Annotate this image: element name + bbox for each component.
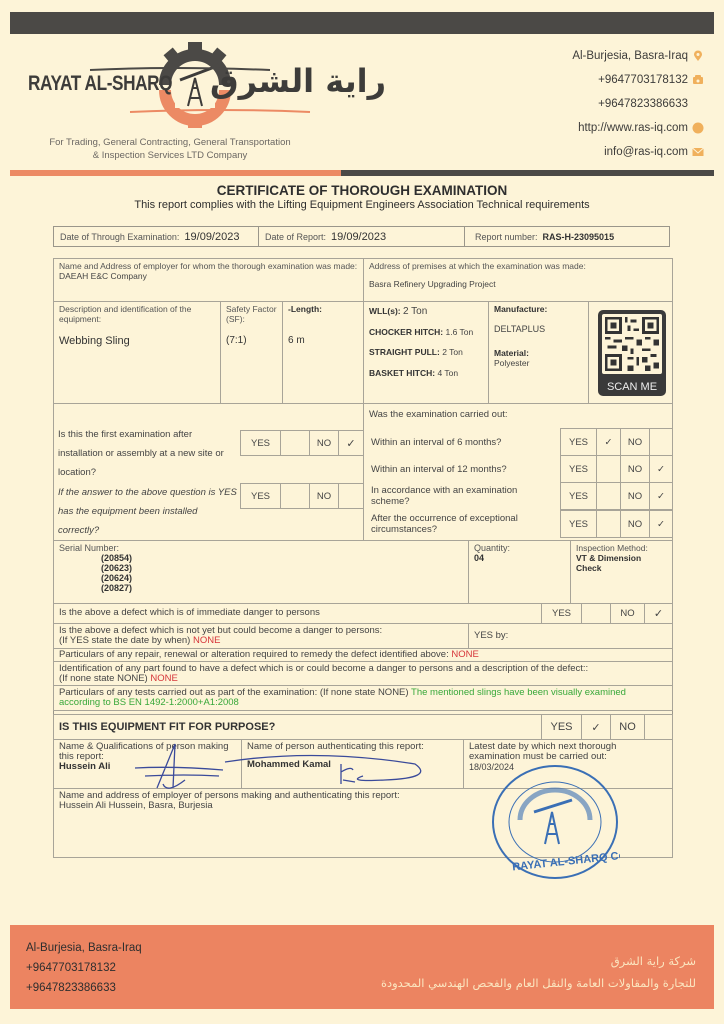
carried-out-yes-checkbox[interactable]	[596, 482, 621, 510]
report-number-field: Report number: RAS-H-23095015	[465, 227, 669, 246]
carried-out-no-checkbox[interactable]: ✓	[649, 510, 673, 538]
carried-out-no-label[interactable]: NO	[620, 510, 650, 538]
company-tagline: For Trading, General Contracting, Genera…	[0, 136, 340, 162]
contact-email[interactable]: info@ras-iq.com	[572, 140, 704, 164]
fit-for-purpose-yes-checkbox[interactable]: ✓	[581, 714, 611, 740]
certificate-title: CERTIFICATE OF THOROUGH EXAMINATION	[0, 183, 724, 198]
immediate-danger-yes[interactable]: YES	[541, 603, 582, 624]
installed-no[interactable]: NO	[309, 483, 339, 509]
globe-icon	[692, 122, 704, 134]
serial-number-item: (20624)	[101, 573, 463, 583]
footer-arabic-line-2: للتجارة والمقاولات العامة والنقل العام و…	[381, 972, 696, 994]
footer-phone-1[interactable]: +9647703178132	[26, 958, 142, 978]
carried-out-question: Within an interval of 12 months?	[371, 458, 551, 480]
installed-yes[interactable]: YES	[240, 483, 281, 509]
location-pin-icon	[692, 50, 704, 62]
exam-date-field: Date of Through Examination: 19/09/2023	[54, 227, 259, 246]
fit-for-purpose-no[interactable]: NO	[610, 714, 645, 740]
carried-out-yes-label[interactable]: YES	[560, 482, 597, 510]
wll-cell: WLL(s): 2 Ton CHOCKER HITCH: 1.6 Ton STR…	[363, 301, 489, 404]
carried-out-no-label[interactable]: NO	[620, 455, 650, 483]
first-exam-yes[interactable]: YES	[240, 430, 281, 456]
identification-cell: Identification of any part found to have…	[53, 661, 673, 686]
qr-code-icon	[602, 314, 662, 374]
qr-code[interactable]: SCAN ME	[598, 310, 666, 396]
header-top-bar	[10, 12, 714, 34]
equipment-description-cell: Description and identification of the eq…	[53, 301, 221, 404]
date-bar: Date of Through Examination: 19/09/2023 …	[53, 226, 670, 247]
serial-number-item: (20827)	[101, 583, 463, 593]
serial-cell: Serial Number: (20854)(20623)(20624)(208…	[53, 540, 469, 604]
carried-out-no-checkbox[interactable]: ✓	[649, 455, 673, 483]
certificate-subtitle: This report complies with the Lifting Eq…	[0, 199, 724, 211]
carried-out-yes-checkbox[interactable]: ✓	[596, 428, 621, 456]
yes-by-cell: YES by:	[468, 623, 673, 649]
carried-out-yes-checkbox[interactable]	[596, 455, 621, 483]
carried-out-yes-checkbox[interactable]	[596, 510, 621, 538]
header-divider-dark	[341, 170, 714, 176]
carried-out-question: After the occurrence of exceptional circ…	[371, 513, 551, 535]
header-divider-orange	[10, 170, 341, 176]
footer-arabic-line-1: شركة راية الشرق	[381, 950, 696, 972]
first-exam-yes-box[interactable]	[280, 430, 310, 456]
immediate-danger-no[interactable]: NO	[610, 603, 645, 624]
carried-out-no-label[interactable]: NO	[620, 428, 650, 456]
footer-phone-2[interactable]: +9647823386633	[26, 978, 142, 998]
contact-website[interactable]: http://www.ras-iq.com	[572, 116, 704, 140]
phone-icon	[692, 74, 704, 86]
immediate-danger-yes-box[interactable]	[581, 603, 611, 624]
first-exam-no[interactable]: NO	[309, 430, 339, 456]
fit-for-purpose-yes[interactable]: YES	[541, 714, 582, 740]
contact-address: Al-Burjesia, Basra-Iraq	[572, 44, 704, 68]
carried-out-question: Within an interval of 6 months?	[371, 431, 551, 453]
contact-phone-1[interactable]: +9647703178132	[572, 68, 704, 92]
serial-number-item: (20854)	[101, 553, 463, 563]
employer-cell: Name and Address of employer for whom th…	[53, 258, 364, 302]
tests-cell: Particulars of any tests carried out as …	[53, 685, 673, 711]
inspection-method-cell: Inspection Method: VT & Dimension Check	[570, 540, 673, 604]
carried-out-no-checkbox[interactable]: ✓	[649, 482, 673, 510]
serial-number-list: (20854)(20623)(20624)(20827)	[59, 553, 463, 593]
scan-me-label: SCAN ME	[598, 381, 666, 393]
tagline-line-1: For Trading, General Contracting, Genera…	[0, 136, 340, 149]
installed-yes-box[interactable]	[280, 483, 310, 509]
tagline-line-2: & Inspection Services LTD Company	[0, 149, 340, 162]
brand-name-english: RAYAT AL-SHARQ	[28, 72, 172, 96]
brand-name-arabic: راية الشرق	[210, 62, 386, 100]
future-danger-cell: Is the above a defect which is not yet b…	[53, 623, 469, 649]
quantity-cell: Quantity: 04	[468, 540, 571, 604]
footer-address: Al-Burjesia, Basra-Iraq	[26, 938, 142, 958]
carried-out-yes-label[interactable]: YES	[560, 428, 597, 456]
first-exam-no-checkbox[interactable]: ✓	[338, 430, 364, 456]
company-stamp-icon: RAYAT AL-SHARQ Co.	[490, 762, 620, 882]
immediate-danger-no-checkbox[interactable]: ✓	[644, 603, 673, 624]
contact-block: Al-Burjesia, Basra-Iraq +9647703178132 +…	[572, 44, 704, 164]
handwritten-signatures	[115, 740, 455, 795]
manufacture-cell: Manufacture: DELTAPLUS Material: Polyest…	[488, 301, 589, 404]
footer-contact: Al-Burjesia, Basra-Iraq +9647703178132 +…	[26, 938, 142, 998]
repair-cell: Particulars of any repair, renewal or al…	[53, 648, 673, 662]
fit-for-purpose-no-box[interactable]	[644, 714, 673, 740]
length-cell: -Length: 6 m	[282, 301, 364, 404]
carried-out-no-label[interactable]: NO	[620, 482, 650, 510]
carried-out-yes-label[interactable]: YES	[560, 510, 597, 538]
premises-cell: Address of premises at which the examina…	[363, 258, 673, 302]
svg-text:RAYAT AL-SHARQ Co.: RAYAT AL-SHARQ Co.	[512, 849, 620, 873]
carried-out-question: In accordance with an examination scheme…	[371, 485, 551, 507]
serial-number-item: (20623)	[101, 563, 463, 573]
report-date-field: Date of Report: 19/09/2023	[259, 227, 465, 246]
carried-out-no-checkbox[interactable]	[649, 428, 673, 456]
contact-phone-2[interactable]: +9647823386633	[572, 92, 704, 116]
carried-out-yes-label[interactable]: YES	[560, 455, 597, 483]
envelope-icon	[692, 146, 704, 158]
first-exam-question: Is this the first examination after inst…	[58, 425, 238, 482]
safety-factor-cell: Safety Factor (SF): (7:1)	[220, 301, 283, 404]
installed-question: If the answer to the above question is Y…	[58, 483, 238, 540]
footer-arabic-company: شركة راية الشرق للتجارة والمقاولات العام…	[381, 950, 696, 994]
installed-no-box[interactable]	[338, 483, 364, 509]
